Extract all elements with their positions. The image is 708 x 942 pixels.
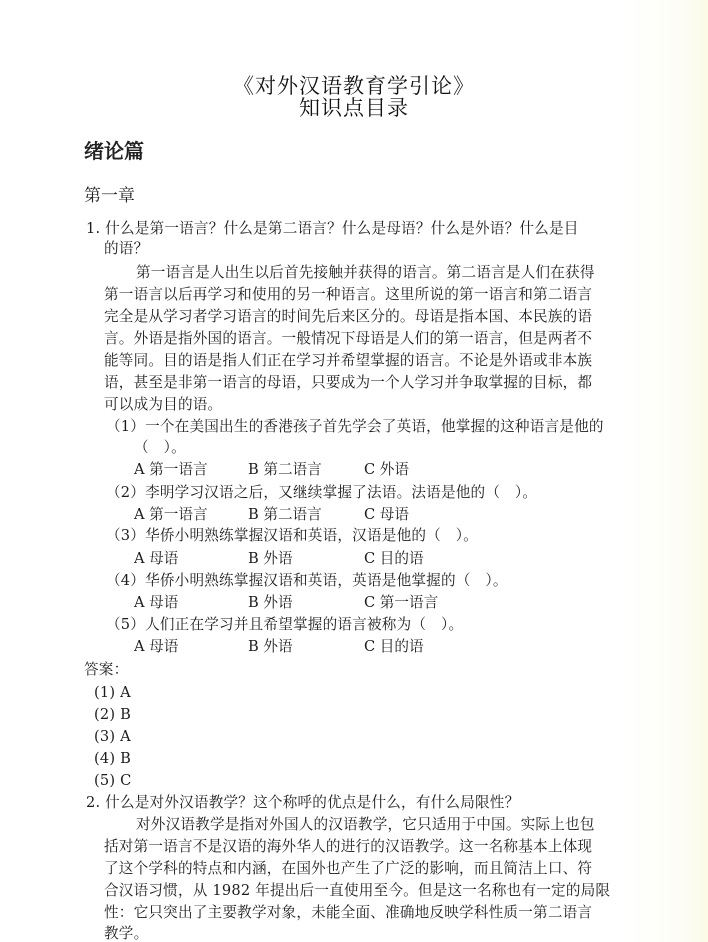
answer-2-line-2: 括对第一语言不是汉语的海外华人的进行的汉语教学。这一名称基本上体现 bbox=[104, 837, 592, 857]
answer-1-line-5: 能等同。目的语是指人们正在学习并希望掌握的语言。不论是外语或非本族 bbox=[104, 351, 592, 371]
exercise-3-option-a: A 母语 bbox=[134, 549, 178, 569]
exercise-1-option-c: C 外语 bbox=[364, 460, 409, 480]
answer-1-line-7: 可以成为目的语。 bbox=[104, 395, 222, 415]
chapter-heading: 第一章 bbox=[84, 181, 135, 206]
answer-2-line-1: 对外汉语教学是指对外国人的汉语教学，它只适用于中国。实际上也包 bbox=[136, 815, 595, 835]
exercise-2-option-c: C 母语 bbox=[364, 505, 409, 525]
exercise-3-option-b: B 外语 bbox=[248, 549, 293, 569]
answer-1-line-2: 第一语言以后再学习和使用的另一种语言。这里所说的第一语言和第二语言 bbox=[104, 285, 592, 305]
section-heading: 绪论篇 bbox=[84, 135, 144, 164]
exercise-2-option-b: B 第二语言 bbox=[248, 505, 322, 525]
document-page: 《对外汉语教育学引论》 知识点目录 绪论篇 第一章 1. 什么是第一语言？什么是… bbox=[0, 0, 708, 942]
question-1-line-2: 的语？ bbox=[104, 239, 148, 259]
exercise-3-question: （3）华侨小明熟练掌握汉语和英语，汉语是他的（ ）。 bbox=[106, 526, 478, 546]
answer-1-line-3: 完全是从学习者学习语言的时间先后来区分的。母语是指本国、本民族的语 bbox=[104, 307, 592, 327]
answer-2-line-5: 性：它只突出了主要教学对象，未能全面、准确地反映学科性质一第二语言 bbox=[104, 903, 592, 923]
answer-item-3: (3) A bbox=[94, 727, 131, 747]
answer-1-line-1: 第一语言是人出生以后首先接触并获得的语言。第二语言是人们在获得 bbox=[136, 263, 595, 283]
exercise-2-question: （2）李明学习汉语之后，又继续掌握了法语。法语是他的（ ）。 bbox=[106, 483, 537, 503]
exercise-1-question: （1）一个在美国出生的香港孩子首先学会了英语，他掌握的这种语言是他的 bbox=[106, 417, 604, 437]
answer-item-5: (5) C bbox=[94, 771, 131, 791]
answer-2-line-4: 合汉语习惯，从 1982 年提出后一直使用至今。但是这一名称也有一定的局限 bbox=[104, 881, 610, 901]
exercise-5-option-b: B 外语 bbox=[248, 637, 293, 657]
answers-label: 答案： bbox=[84, 660, 128, 680]
exercise-4-option-c: C 第一语言 bbox=[364, 593, 438, 613]
answer-1-line-6: 语，甚至是非第一语言的母语，只要成为一个人学习并争取掌握的目标，都 bbox=[104, 373, 592, 393]
exercise-4-option-a: A 母语 bbox=[134, 593, 178, 613]
exercise-1-question-cont: （ ）。 bbox=[134, 438, 186, 458]
answer-item-4: (4) B bbox=[94, 749, 131, 769]
answer-2-line-3: 了这个学科的特点和内涵，在国外也产生了广泛的影响，而且简洁上口、符 bbox=[104, 859, 592, 879]
exercise-1-option-b: B 第二语言 bbox=[248, 460, 322, 480]
answer-item-2: (2) B bbox=[94, 705, 131, 725]
exercise-5-option-a: A 母语 bbox=[134, 637, 178, 657]
exercise-4-option-b: B 外语 bbox=[248, 593, 293, 613]
exercise-2-option-a: A 第一语言 bbox=[134, 505, 208, 525]
exercise-5-option-c: C 目的语 bbox=[364, 637, 424, 657]
exercise-1-option-a: A 第一语言 bbox=[134, 460, 208, 480]
question-1-line-1: 1. 什么是第一语言？什么是第二语言？什么是母语？什么是外语？什么是目 bbox=[86, 219, 579, 239]
answer-1-line-4: 言。外语是指外国的语言。一般情况下母语是人们的第一语言，但是两者不 bbox=[104, 329, 592, 349]
exercise-5-question: （5）人们正在学习并且希望掌握的语言被称为（ ）。 bbox=[106, 615, 463, 635]
exercise-4-question: （4）华侨小明熟练掌握汉语和英语，英语是他掌握的（ ）。 bbox=[106, 571, 508, 591]
answer-item-1: (1) A bbox=[94, 683, 131, 703]
document-subtitle: 知识点目录 bbox=[0, 92, 708, 122]
answer-2-line-6: 教学。 bbox=[104, 924, 148, 942]
question-2: 2. 什么是对外汉语教学？这个称呼的优点是什么，有什么局限性？ bbox=[86, 793, 519, 813]
exercise-3-option-c: C 目的语 bbox=[364, 549, 424, 569]
